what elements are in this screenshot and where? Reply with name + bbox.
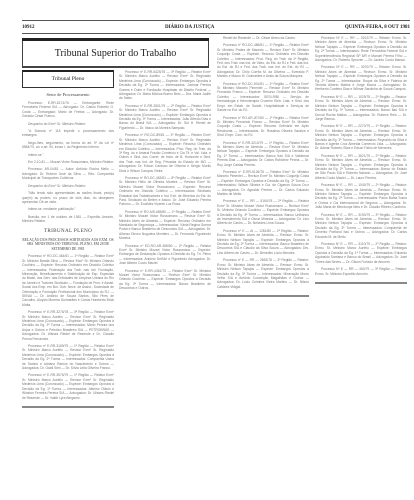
head-rule-top xyxy=(22,20,410,21)
paragraph: Nego-lhes, seguimento, na forma do art. … xyxy=(22,141,114,150)
paragraph: Processo nº E — RR — 2663/78 — 3ª Região… xyxy=(217,258,309,289)
issue-date: QUINTA-FEIRA, 8 OUT 1981 xyxy=(345,25,410,30)
paragraph: Processo nº E-RR-5126/78 — Relator Exmº … xyxy=(217,170,309,196)
paragraph: Processo nº E-RR-3276/78 — 3ª Região — R… xyxy=(22,310,114,341)
paragraph: Processo nº E-RR-6425/78 — 3ª Região — R… xyxy=(119,70,211,101)
paragraph: Intime-se." xyxy=(22,153,114,157)
page-number: 10912 xyxy=(22,25,35,30)
paragraph: Processo nº RO-AR-207/80 — 1ª Região — R… xyxy=(217,116,309,138)
column-end-rule xyxy=(217,295,309,297)
paragraph: Processo Nº E — RR — 3070/79 — Relator: … xyxy=(315,65,407,91)
paragraph: Brasília, em 1 de outubro de 1981 — Expe… xyxy=(22,215,114,224)
paragraph: Processo nº RO-DC-464/81 — 1ª Região — R… xyxy=(22,254,114,307)
paragraph: Processo nº E — AI — 1281/80 — 2ª Região… xyxy=(217,229,309,255)
paragraph: Processo nº RO-DC-486/81 — 1ª Região — R… xyxy=(217,43,309,78)
paragraph: "Não tendo sido apresentadas as razões f… xyxy=(22,191,114,204)
paragraph: Em 2-10-81 — Mozart Victor Russomano, Mi… xyxy=(22,160,114,164)
running-head: 10912 DIÁRIO DA JUSTIÇA QUINTA-FEIRA, 8 … xyxy=(22,22,410,32)
section-masthead: Tribunal Superior do Trabalho xyxy=(22,38,209,68)
paragraph: Despacho do Exmº Sr. Ministro Relator: xyxy=(22,122,114,126)
paragraph: Processo Nº E — RR — 3621/79 — 2ª Região… xyxy=(315,154,407,180)
section-heading: Setor de Processamento xyxy=(22,92,114,98)
column-1: Tribunal Pleno Setor de Processamento Pr… xyxy=(22,70,114,408)
column-2: Processo nº E-RR-6425/78 — 3ª Região — R… xyxy=(119,70,211,294)
newspaper-page: 10912 DIÁRIO DA JUSTIÇA QUINTA-FEIRA, 8 … xyxy=(22,0,410,500)
paragraph: Processo nº ED-RO-AR-488/80 — 2ª Região … xyxy=(119,244,211,266)
paragraph: Intime-se, mediante publicação." xyxy=(22,207,114,211)
paragraph: Processo nº RO-DC-463/81 — 8ª Região — R… xyxy=(119,176,211,207)
head-rule-bottom xyxy=(22,33,410,34)
column-4: Processo Nº E — RR — 3212/79 — Relator: … xyxy=(315,36,407,284)
paragraph: Processo nº E-RR-2801/79 — 2ª Região — R… xyxy=(119,104,211,130)
paragraph: Processo Nº E — RR — 1025/78 — 2ª Região… xyxy=(315,95,407,121)
paragraph: Processo Nº E — RR — 3110/79 — 2ª Região… xyxy=(315,242,407,264)
paragraph: Processo nº RO-DC-501/81 — 1ª Região — R… xyxy=(217,82,309,113)
column-end-rule xyxy=(315,282,407,284)
paragraph: Processo nº E-RR-3169/79 — 1ª Região — R… xyxy=(22,344,114,370)
paragraph: Processo nº E-RR-3576/79 — 1ª Região — R… xyxy=(22,373,114,399)
relation-heading: RELAÇÃO DOS PROCESSOS SORTEADOS AOS EXM.… xyxy=(22,238,114,252)
paragraph: Processo: E-RR-8174/76 — Embargante: Red… xyxy=(22,101,114,119)
tribunal-pleno-box: Tribunal Pleno xyxy=(22,70,114,88)
paragraph: Riedel de Resende — Dr. César Abreu da C… xyxy=(217,36,309,40)
plain-heading: TRIBUNAL PLENO xyxy=(22,228,114,234)
paragraph: Processo nº RO-DC-89/81 — 3ª Região — Re… xyxy=(119,133,211,173)
publication-name: DIÁRIO DA JUSTIÇA xyxy=(165,25,214,30)
paragraph: Processo nº E-RR-3210/79 — 1ª Região — R… xyxy=(217,141,309,167)
paragraph: Processo Nº E — RR — 3190/79 — 3ª Região… xyxy=(315,213,407,239)
paragraph: Processo Nº E — RR — 2270/79 — 1ª Região… xyxy=(315,124,407,150)
column-3: Riedel de Resende — Dr. César Abreu da C… xyxy=(217,36,309,297)
paragraph: Processo Nº E — RR — 3212/79 — Relator: … xyxy=(315,36,407,62)
masthead-title: Tribunal Superior do Trabalho xyxy=(55,48,177,59)
paragraph: "A Súmula nº 118 impede o processamento … xyxy=(22,129,114,138)
paragraph: Processo Nº E — RR — 460/79 — 3ª Região … xyxy=(315,267,407,276)
paragraph: Processo nº E — RR — 5160/78 — 2ª Região… xyxy=(217,199,309,225)
paragraph: Processo nº RO-MS-665/80 — 1ª Região — R… xyxy=(119,210,211,241)
paragraph: Despacho do Exmº Sr. Ministro Relator: xyxy=(22,184,114,188)
paragraph: Processo Nº E — RR — 1040/79 — 2ª Região… xyxy=(315,183,407,209)
paragraph: Processo nº E-RR-4461/75 — Relator Exmº … xyxy=(119,269,211,291)
paragraph: Processo: AR-04/81 — Autor: Antônio Roch… xyxy=(22,167,114,180)
column-end-rule xyxy=(22,406,114,408)
